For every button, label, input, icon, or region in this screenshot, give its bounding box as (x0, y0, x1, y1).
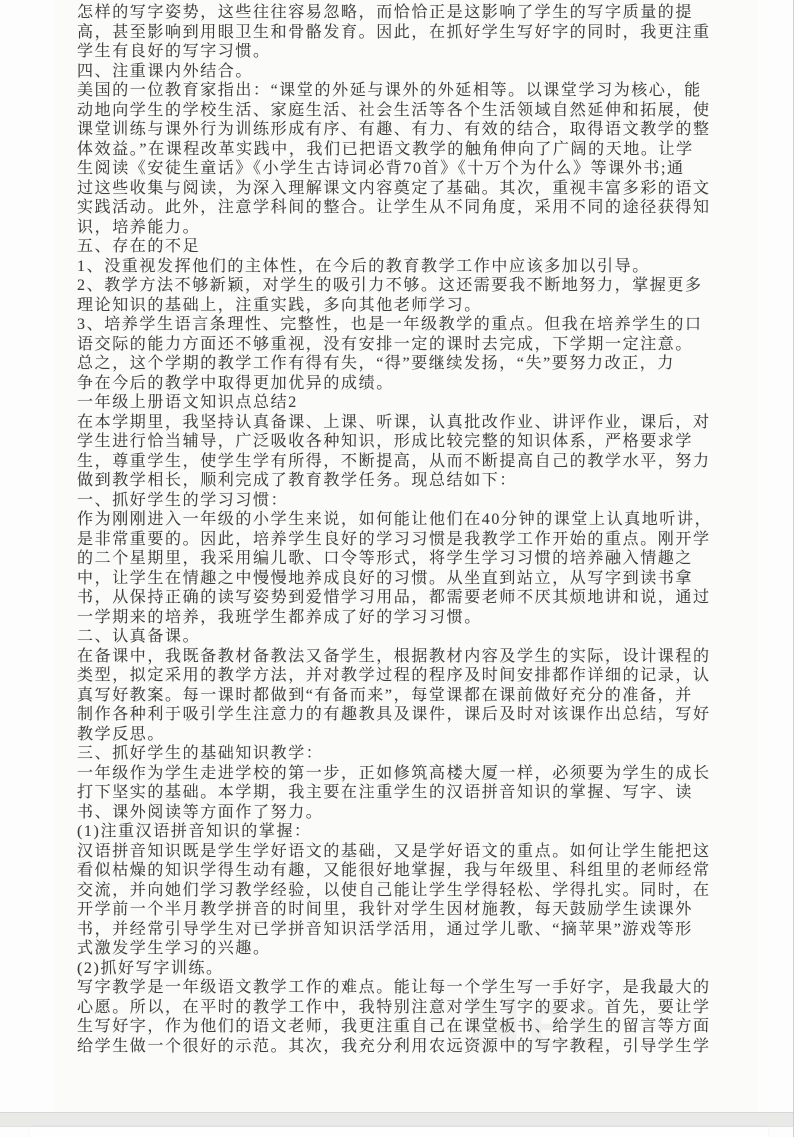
text-line: 三、抓好学生的基础知识教学： (77, 744, 737, 764)
text-line: 理论知识的基础上，注重实践，多向其他老师学习。 (77, 296, 737, 316)
text-line: 美国的一位教育家指出：“课堂的外延与课外的外延相等。以课堂学习为核心，能 (77, 81, 737, 101)
text-line: 心愿。所以，在平时的教学工作中，我特别注意对学生写字的要求。首先，要让学 (77, 998, 737, 1018)
text-line: 1、没重视发挥他们的主体性，在今后的教育教学工作中应该多加以引导。 (77, 257, 737, 277)
document-page-2-top (30, 1127, 768, 1137)
text-line: 识，培养能力。 (77, 218, 737, 238)
text-line: 在备课中，我既备教材备教法又备学生，根据教材内容及学生的实际，设计课程的 (77, 647, 737, 667)
text-line: 书，从保持正确的读写姿势到爱惜学习用品，都需要老师不厌其烦地讲和说，通过 (77, 588, 737, 608)
text-line: (2)抓好写字训练。 (77, 959, 737, 979)
text-line: (1)注重汉语拼音知识的掌握： (77, 822, 737, 842)
text-line: 做到教学相长，顺利完成了教育教学任务。现总结如下： (77, 471, 737, 491)
text-line: 生，尊重学生，使学生学有所得，不断提高，从而不断提高自己的教学水平，努力 (77, 452, 737, 472)
text-line: 类型，拟定采用的教学方法，并对教学过程的程序及时间安排都作详细的记录，认 (77, 666, 737, 686)
text-line: 怎样的写字姿势，这些往往容易忽略，而恰恰正是这影响了学生的写字质量的提 (77, 3, 737, 23)
text-line: 作为刚刚进入一年级的小学生来说，如何能让他们在40分钟的课堂上认真地听讲， (77, 510, 737, 530)
text-line: 打下坚实的基础。本学期，我主要在注重学生的汉语拼音知识的掌握、写字、读 (77, 783, 737, 803)
text-line: 真写好教案。每一课时都做到“有备而来”，每堂课都在课前做好充分的准备，并 (77, 686, 737, 706)
text-line: 2、教学方法不够新颖，对学生的吸引力不够。这还需要我不断地努力，掌握更多 (77, 276, 737, 296)
text-line: 实践活动。此外，注意学科间的整合。让学生从不同角度，采用不同的途径获得知 (77, 198, 737, 218)
text-line: 一学期来的培养，我班学生都养成了好的学习习惯。 (77, 608, 737, 628)
text-line: 在本学期里，我坚持认真备课、上课、听课，认真批改作业、讲评作业，课后，对 (77, 413, 737, 433)
text-line: 教学反思。 (77, 725, 737, 745)
text-line: 生阅读《安徒生童话》《小学生古诗词必背70首》《十万个为什么》等课外书;通 (77, 159, 737, 179)
text-line: 中，让学生在情趣之中慢慢地养成良好的习惯。从坐直到站立，从写字到读书拿 (77, 569, 737, 589)
text-line: 学生进行恰当辅导，广泛吸收各种知识，形成比较完整的知识体系，严格要求学 (77, 432, 737, 452)
viewport-right-border (793, 0, 794, 1137)
text-line: 二、认真备课。 (77, 627, 737, 647)
text-line: 交流，并向她们学习教学经验，以使自己能让学生学得轻松、学得扎实。同时，在 (77, 881, 737, 901)
text-line: 书，并经常引导学生对已学拼音知识活学活用，通过学儿歌、“摘苹果”游戏等形 (77, 920, 737, 940)
text-line: 汉语拼音知识既是学生学好语文的基础，又是学好语文的重点。如何让学生能把这 (77, 842, 737, 862)
text-line: 争在今后的教学中取得更加优异的成绩。 (77, 374, 737, 394)
text-line: 书、课外阅读等方面作了努力。 (77, 803, 737, 823)
text-line: 学生有良好的写字习惯。 (77, 42, 737, 62)
text-line: 动地向学生的学校生活、家庭生活、社会生活等各个生活领域自然延伸和拓展，使 (77, 101, 737, 121)
text-line: 3、培养学生语言条理性、完整性，也是一年级教学的重点。但我在培养学生的口 (77, 315, 737, 335)
text-line: 四、注重课内外结合。 (77, 62, 737, 82)
text-line: 一年级作为学生走进学校的第一步，正如修筑高楼大厦一样，必须要为学生的成长 (77, 764, 737, 784)
text-line: 五、存在的不足 (77, 237, 737, 257)
text-line: 一年级上册语文知识点总结2 (77, 393, 737, 413)
right-gutter (794, 0, 800, 1137)
text-line: 给学生做一个很好的示范。其次，我充分利用农远资源中的写字教程，引导学生学 (77, 1037, 737, 1057)
text-line: 是非常重要的。因此，培养学生良好的学习习惯是我教学工作开始的重点。刚开学 (77, 530, 737, 550)
text-line: 语交际的能力方面还不够重视，没有安排一定的课时去完成，下学期一定注意。 (77, 335, 737, 355)
text-line: 总之，这个学期的教学工作有得有失，“得”要继续发扬，“失”要努力改正，力 (77, 354, 737, 374)
text-line: 体效益。”在课程改革实践中，我们已把语文教学的触角伸向了广阔的天地。让学 (77, 140, 737, 160)
text-line: 看似枯燥的知识学得生动有趣，又能很好地掌握，我与年级里、科组里的老师经常 (77, 861, 737, 881)
text-line: 式激发学生学习的兴趣。 (77, 939, 737, 959)
text-line: 一、抓好学生的学习习惯： (77, 491, 737, 511)
document-text: 怎样的写字姿势，这些往往容易忽略，而恰恰正是这影响了学生的写字质量的提高，甚至影… (77, 3, 737, 1056)
text-line: 写字教学是一年级语文教学工作的难点。能让每一个学生写一手好字，是我最大的 (77, 978, 737, 998)
text-line: 高，甚至影响到用眼卫生和骨骼发育。因此，在抓好学生写好字的同时，我更注重 (77, 23, 737, 43)
text-line: 开学前一个半月教学拼音的时间里，我针对学生因材施教，每天鼓励学生读课外 (77, 900, 737, 920)
text-line: 制作各种利于吸引学生注意力的有趣教具及课件，课后及时对该课作出总结，写好 (77, 705, 737, 725)
document-viewer: Net 怎样的写字姿势，这些往往容易忽略，而恰恰正是这影响了学生的写字质量的提高… (0, 0, 800, 1137)
text-line: 过这些收集与阅读，为深入理解课文内容奠定了基础。其次，重视丰富多彩的语文 (77, 179, 737, 199)
text-line: 课堂训练与课外行为训练形成有序、有趣、有力、有效的结合，取得语文教学的整 (77, 120, 737, 140)
text-line: 的二个星期里，我采用编儿歌、口令等形式，将学生学习习惯的培养融入情趣之 (77, 549, 737, 569)
text-line: 生写好字，作为他们的语文老师，我更注重自己在课堂板书、给学生的留言等方面 (77, 1017, 737, 1037)
page-separator (0, 1112, 800, 1127)
